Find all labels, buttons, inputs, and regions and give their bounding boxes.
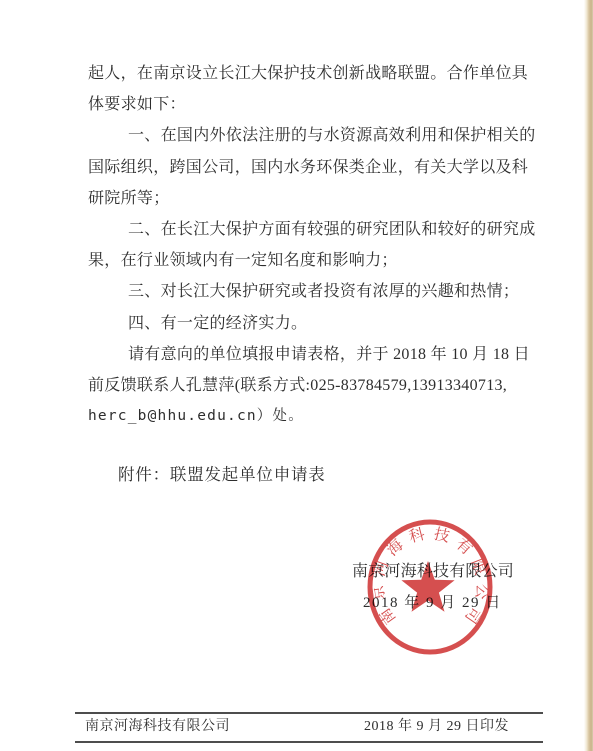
body-line: 四、有一定的经济实力。 xyxy=(88,308,533,339)
scanned-document-page: 起人，在南京设立长江大保护技术创新战略联盟。合作单位具 体要求如下： 一、在国内… xyxy=(0,0,593,751)
body-line: 体要求如下： xyxy=(88,89,533,120)
footer-print-date: 2018 年 9 月 29 日印发 xyxy=(364,717,509,737)
body-line: 果，在行业领域内有一定知名度和影响力； xyxy=(88,245,533,276)
attachment-note: 附件：联盟发起单位申请表 xyxy=(118,459,326,490)
body-line: 研院所等； xyxy=(88,183,533,214)
footer: 南京河海科技有限公司 2018 年 9 月 29 日印发 xyxy=(75,717,543,737)
document-body: 起人，在南京设立长江大保护技术创新战略联盟。合作单位具 体要求如下： 一、在国内… xyxy=(88,58,533,432)
body-line-email: herc_b@hhu.edu.cn）处。 xyxy=(88,401,533,432)
company-seal: 南京河海科技有限公司 xyxy=(355,511,505,661)
body-line: 请有意向的单位填报申请表格，并于 2018 年 10 月 18 日 xyxy=(88,339,533,370)
footer-rule-bottom xyxy=(75,741,543,743)
body-line: 一、在国内外依法注册的与水资源高效利用和保护相关的 xyxy=(88,120,533,151)
body-line: 二、在长江大保护方面有较强的研究团队和较好的研究成 xyxy=(88,214,533,245)
star-icon xyxy=(401,561,454,612)
body-line: 国际组织，跨国公司，国内水务环保类企业，有关大学以及科 xyxy=(88,152,533,183)
page-right-edge xyxy=(584,0,593,751)
footer-issuer: 南京河海科技有限公司 xyxy=(85,717,230,737)
body-line: 起人，在南京设立长江大保护技术创新战略联盟。合作单位具 xyxy=(88,58,533,89)
body-line: 三、对长江大保护研究或者投资有浓厚的兴趣和热情； xyxy=(88,276,533,307)
footer-rule-top xyxy=(75,712,543,714)
body-line: 前反馈联系人孔慧萍(联系方式:025-83784579,13913340713, xyxy=(88,370,533,401)
